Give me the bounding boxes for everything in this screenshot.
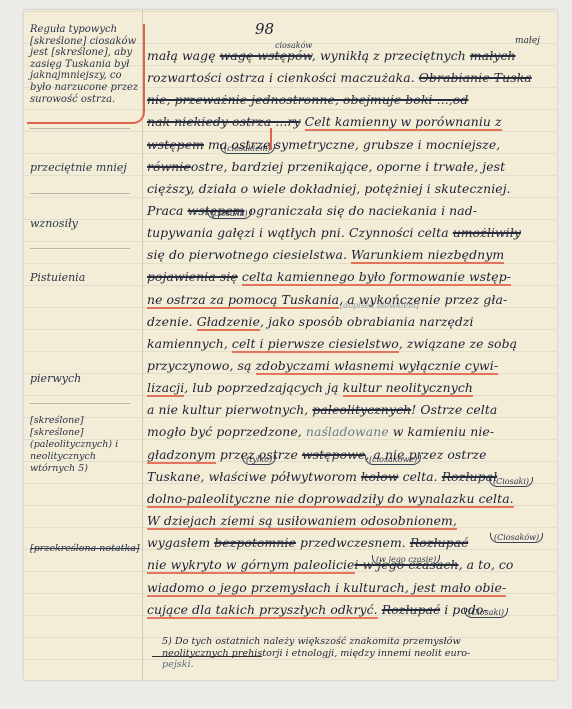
text-line: wiadomo o jego przemysłach i kulturach, …: [147, 580, 545, 602]
footnote-line-2: neolitycznych prehistorji i etnologji, m…: [162, 648, 552, 660]
footnote: 5) Do tych ostatnich należy większość zn…: [162, 636, 552, 671]
text-line: a nie kultur pierwotnych, paleolitycznyc…: [147, 402, 545, 424]
page-number: 98: [255, 20, 274, 38]
text-line: W dziejach ziemi są usiłowaniem odosobni…: [147, 513, 545, 535]
margin-divider: [30, 193, 130, 194]
footnote-line-1: 5) Do tych ostatnich należy większość zn…: [162, 636, 552, 648]
text-line: wygasłem bezpotomnie przedwczesnem. Rozł…: [147, 535, 545, 557]
text-line: kamiennych, celt i pierwsze ciesielstwo,…: [147, 336, 545, 358]
margin-note-rule: Reguła typowych [skreślone] ciosaków jes…: [30, 24, 140, 105]
footnote-line-3: pejski.: [162, 659, 552, 671]
text-line: gładzonym przez ostrze wstępowe, a nie p…: [147, 447, 545, 469]
margin-divider: [30, 128, 130, 129]
text-line: tupywania gałęzi i wątłych pni. Czynnośc…: [147, 225, 545, 247]
text-line: ne ostrza za pomocą Tuskania, a wykończe…: [147, 292, 545, 314]
text-line: się do pierwotnego ciesielstwa. Warunkie…: [147, 247, 545, 269]
margin-note-neolityczne: [skreślone] [skreślone] (paleolitycznych…: [30, 415, 130, 475]
manuscript-page: 98 Reguła typowych [skreślone] ciosaków …: [24, 10, 557, 680]
text-line: Tuskane, właściwe półwytworom kołow celt…: [147, 469, 545, 491]
margin-divider: [30, 248, 130, 249]
text-line: wstępem ma ostrze symetryczne, grubsze i…: [147, 137, 545, 159]
text-line: mogło być poprzedzone, naśladowane w kam…: [147, 424, 545, 446]
text-line: dzenie. Gładzenie, jako sposób obrabiani…: [147, 314, 545, 336]
margin-note-wznosily: wznosiły: [30, 218, 78, 230]
text-line: rozwartości ostrza i cienkości maczużaka…: [147, 70, 545, 92]
text-line: pojawienia się celta kamiennego było for…: [147, 269, 545, 291]
margin-note-pierwych: pierwych: [30, 373, 81, 385]
text-line: cięższy, działa o wiele dokładniej, potę…: [147, 181, 545, 203]
text-line: przyczynowo, są zdobyczami własnemi wyłą…: [147, 358, 545, 380]
margin-note-przecietnie: przeciętnie mniej: [30, 162, 127, 174]
insertion-malej: małej: [512, 37, 543, 46]
text-line: równieostre, bardziej przenikające, opor…: [147, 159, 545, 181]
text-line: dolno-paleolityczne nie doprowadziły do …: [147, 491, 545, 513]
margin-note-pistuienia: Pistuienia: [30, 272, 85, 284]
margin-divider: [30, 403, 130, 404]
text-line: nak niekiedy ostrza ...ry Celt kamienny …: [147, 114, 545, 136]
text-line: nie, przeważnie jednostronne, obejmuje b…: [147, 92, 545, 114]
text-line: nie wykryto w górnym paleoliciei w jego …: [147, 557, 545, 579]
text-line: lizacji, lub poprzedzających ją kultur n…: [147, 380, 545, 402]
text-line: cujące dla takich przyszłych odkryć. Roz…: [147, 602, 545, 624]
margin-note-struck: [przekreślona notatka]: [30, 543, 140, 555]
text-line: Praca wstępem ograniczała się do nacieka…: [147, 203, 545, 225]
text-line: małą wagę wagę wstępów, wynikłą z przeci…: [147, 48, 545, 70]
